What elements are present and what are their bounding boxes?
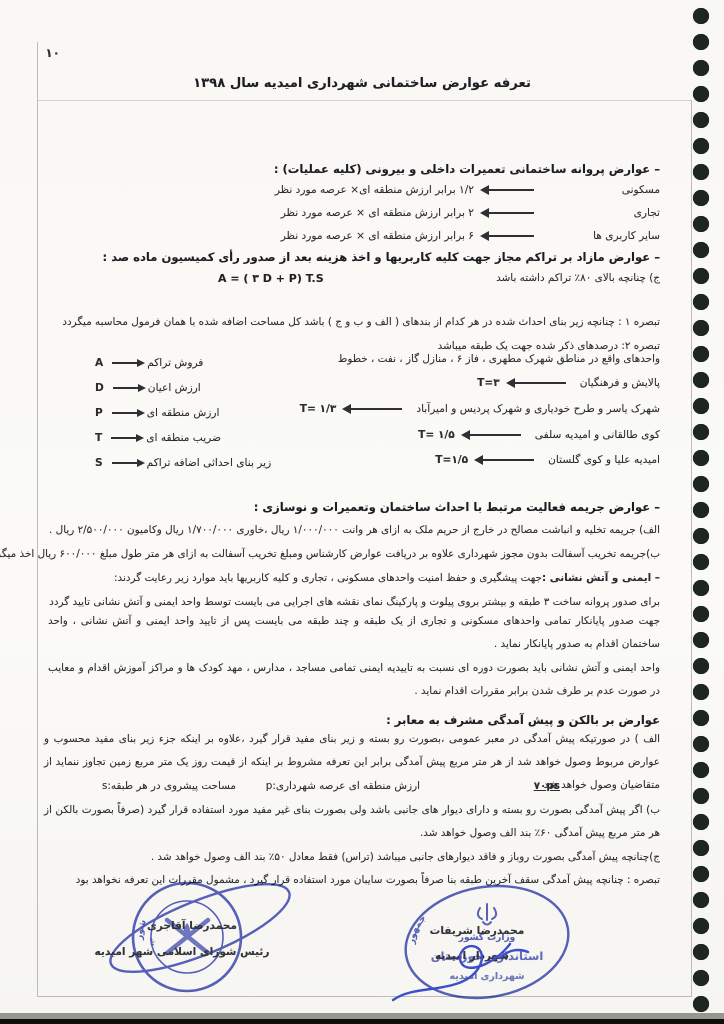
permit-row: مسکونی ۱/۲ برابر ارزش منطقه ای× عرصه مور…: [40, 184, 660, 196]
right-arrow-icon: [112, 412, 138, 414]
section-heading-fines: – عوارض جریمه فعالیت مرتبط با احداث ساخت…: [40, 500, 660, 514]
zone-name: امیدیه علیا و کوی گلستان: [548, 454, 660, 466]
safety-heading-rest: جهت پیشگیری و حفظ امنیت واحدهای مسکونی ،…: [114, 572, 542, 584]
legend-symbol: P: [95, 407, 103, 419]
balcony-p-def: ارزش منطقه ای عرصه شهرداری:p: [266, 780, 420, 792]
left-arrow-icon: [514, 382, 566, 384]
legend-row: T ضریب منطقه ای: [95, 432, 395, 444]
signature-scribble: [388, 928, 538, 1006]
zone-value: T= ۱/۵: [418, 429, 455, 441]
scanned-page: ۱۰ تعرفه عوارض ساختمانی شهرداری امیدیه س…: [0, 0, 724, 1024]
legend-term: زیر بنای احداثی اضافه تراکم: [147, 457, 272, 469]
council-signatory-title: رئیس شورای اسلامی شهر امیدیه: [70, 946, 294, 958]
section-heading-density: – عوارض مازاد بر تراکم مجاز جهت کلیه کار…: [40, 250, 660, 264]
page-number: ۱۰: [44, 46, 60, 60]
left-arrow-icon: [488, 189, 534, 191]
permit-formula: ۲ برابر ارزش منطقه ای × عرصه مورد نظر: [281, 207, 474, 219]
density-note2: تبصره ۲: درصدهای ذکر شده جهت یک طبقه میب…: [40, 340, 660, 352]
zone-value: T=۱/۵: [435, 454, 468, 466]
legend-row: A فروش تراکم: [95, 357, 395, 369]
left-arrow-icon: [482, 459, 534, 461]
permit-row: سایر کاربری ها ۶ برابر ارزش منطقه ای × ع…: [40, 230, 660, 242]
density-note1: تبصره ۱ : چنانچه زیر بنای احداث شده در ه…: [40, 316, 660, 328]
safety-p3: واحد ایمنی و آتش نشانی باید بصورت دوره ا…: [48, 657, 660, 705]
balcony-formula: ۷۰ps: [534, 780, 560, 792]
legend-row: D ارزش اعیان: [95, 382, 395, 394]
right-arrow-icon: [113, 387, 139, 389]
scan-edge-black: [0, 1019, 724, 1024]
left-arrow-icon: [488, 212, 534, 214]
fines-clause-a: الف) جریمه تخلیه و انباشت مصالح در خارج …: [30, 524, 660, 536]
safety-heading-bold: – ایمنی و آتش نشانی :: [542, 572, 660, 584]
left-arrow-icon: [488, 235, 534, 237]
balcony-s-def: مساحت پیشروی در هر طبقه:s: [102, 780, 236, 792]
left-arrow-icon: [469, 434, 521, 436]
legend-term: ارزش اعیان: [148, 382, 201, 394]
permit-formula: ۶ برابر ارزش منطقه ای × عرصه مورد نظر: [281, 230, 474, 242]
frame-left-line: [37, 42, 38, 996]
council-signatory-name: محمدرضا آقاجری: [100, 920, 284, 932]
frame-top-line: [37, 100, 691, 101]
density-formula: A = ( ۳ D + P) T.S: [218, 272, 324, 285]
permit-category: مسکونی: [548, 184, 660, 196]
legend-row: S زیر بنای احداثی اضافه تراکم: [95, 457, 395, 469]
right-arrow-icon: [111, 437, 137, 439]
zone-name: پالایش و فرهنگیان: [580, 377, 660, 389]
density-clause-j-text: ج) چنانچه بالای ۸۰٪ تراکم داشته باشد: [496, 272, 660, 284]
section-heading-permit: – عوارض پروانه ساختمانی تعمیرات داخلی و …: [40, 162, 660, 176]
zone-name: شهرک یاسر و طرح خودیاری و شهرک پردیس و ا…: [416, 403, 660, 415]
zone-name: کوی طالقانی و امیدیه سلفی: [535, 429, 660, 441]
council-stamp: شورای اسلامی شهرستان امیدیه: [92, 858, 324, 1008]
safety-p1: برای صدور پروانه ساخت ۳ طبقه و بیشتر برو…: [40, 596, 660, 608]
section-heading-balcony: عوارض بر بالکن و پیش آمدگی مشرف به معابر…: [40, 713, 660, 727]
svg-text:شهرستان امیدیه: شهرستان امیدیه: [92, 858, 158, 947]
legend-term: ضریب منطقه ای: [146, 432, 221, 444]
permit-formula: ۱/۲ برابر ارزش منطقه ای× عرصه مورد نظر: [275, 184, 474, 196]
legend-symbol: D: [95, 382, 104, 394]
right-arrow-icon: [112, 462, 138, 464]
fines-clause-b: ب)جریمه تخریب آسفالت بدون مجوز شهرداری ع…: [30, 548, 660, 560]
legend-row: P ارزش منطقه ای: [95, 407, 395, 419]
page-title: تعرفه عوارض ساختمانی شهرداری امیدیه سال …: [0, 76, 724, 91]
right-arrow-icon: [112, 362, 138, 364]
zone-value: T=۳: [477, 377, 500, 389]
permit-category: سایر کاربری ها: [548, 230, 660, 242]
council-stamp-arc-bottom: شهرستان امیدیه: [92, 858, 158, 947]
permit-category: تجاری: [548, 207, 660, 219]
safety-p2: جهت صدور پایانکار تمامی واحدهای مسکونی و…: [48, 610, 660, 658]
balcony-clause-a: الف ) در صورتیکه پیش آمدگی در معبر عمومی…: [44, 728, 660, 776]
legend-symbol: A: [95, 357, 103, 369]
balcony-clause-b: ب) اگر پیش آمدگی بصورت رو بسته و دارای د…: [44, 799, 660, 847]
safety-heading: – ایمنی و آتش نشانی :جهت پیشگیری و حفظ ا…: [30, 572, 660, 584]
iran-emblem-icon: [478, 904, 496, 925]
legend-term: فروش تراکم: [147, 357, 203, 369]
legend-symbol: T: [95, 432, 102, 444]
legend-term: ارزش منطقه ای: [147, 407, 220, 419]
permit-row: تجاری ۲ برابر ارزش منطقه ای × عرصه مورد …: [40, 207, 660, 219]
legend-symbol: S: [95, 457, 103, 469]
binding-holes: [688, 3, 714, 1021]
density-clause-j: ج) چنانچه بالای ۸۰٪ تراکم داشته باشد A =…: [40, 272, 660, 284]
